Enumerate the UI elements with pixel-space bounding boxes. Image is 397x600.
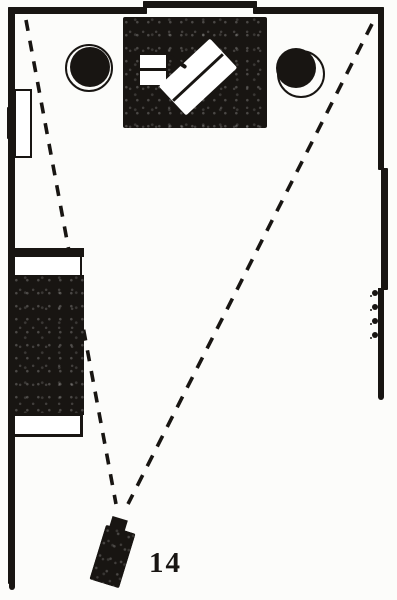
- hook-mark: [372, 304, 378, 310]
- wall-left-end-tip: [9, 582, 15, 590]
- wall-top-left-segment: [8, 7, 147, 14]
- window-bay: [143, 1, 257, 8]
- stool-left: [70, 47, 110, 87]
- wall-right-offset: [381, 168, 388, 290]
- wall-top-right-segment: [254, 7, 384, 14]
- window-bay-step-left: [143, 1, 147, 14]
- hook-mark: [372, 332, 378, 338]
- figure-number-label: 14: [149, 549, 182, 578]
- bed-foot-band: [12, 413, 83, 437]
- floor-plan-figure: 14: [0, 0, 397, 600]
- stool-right: [276, 48, 316, 88]
- bed-body: [13, 275, 84, 415]
- door-recess: [14, 89, 32, 158]
- wall-right-upper: [378, 7, 384, 170]
- wall-right-lower: [378, 288, 384, 400]
- door-leaf: [7, 107, 16, 139]
- paper-stack-divider: [140, 68, 166, 71]
- bed-pillow-band: [13, 255, 82, 277]
- hook-mark: [372, 290, 378, 296]
- hook-mark: [372, 318, 378, 324]
